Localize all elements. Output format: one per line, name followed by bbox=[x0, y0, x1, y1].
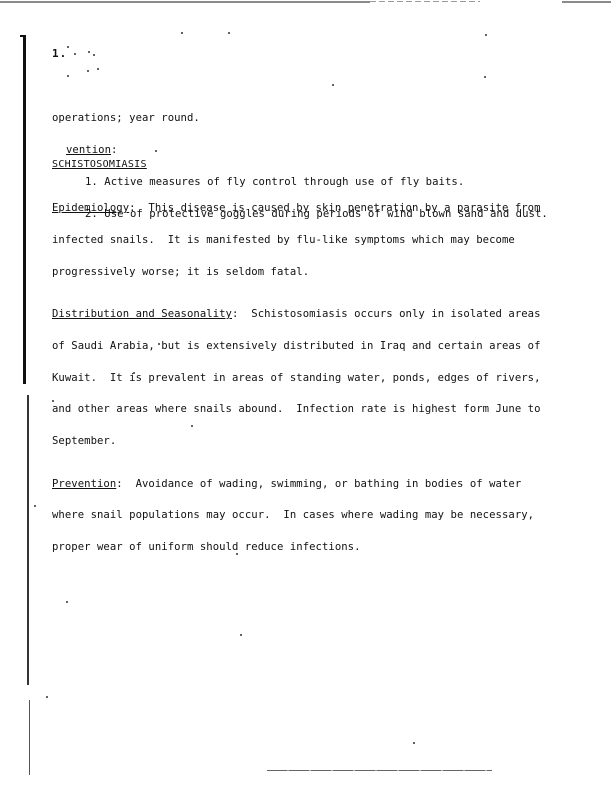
scan-speck bbox=[240, 634, 242, 636]
prevention-label: vention bbox=[66, 144, 111, 156]
distribution-text: Schistosomiasis occurs only in isolated … bbox=[238, 308, 540, 320]
prevention-heading: vention: bbox=[52, 145, 548, 156]
prevention-text: Avoidance of wading, swimming, or bathin… bbox=[123, 478, 522, 490]
scan-speck bbox=[413, 742, 415, 744]
scan-speck bbox=[67, 75, 69, 77]
distribution-text: September. bbox=[52, 436, 541, 447]
scan-speck bbox=[93, 54, 95, 56]
epidemiology-text: infected snails. It is manifested by flu… bbox=[52, 235, 541, 246]
tail-line: operations; year round. bbox=[52, 113, 548, 124]
scan-speck bbox=[88, 51, 90, 53]
colon: : bbox=[111, 144, 117, 156]
scan-speck bbox=[485, 34, 487, 36]
prevention-text: proper wear of uniform should reduce inf… bbox=[52, 542, 541, 553]
epidemiology-text: This disease is caused by skin penetrati… bbox=[136, 202, 541, 214]
epidemiology-label: Epidemiology bbox=[52, 202, 129, 214]
scan-speck bbox=[34, 505, 36, 507]
scan-top-rule bbox=[0, 1, 370, 3]
prevention-label: Prevention bbox=[52, 478, 116, 490]
scan-top-rule-right bbox=[562, 1, 611, 3]
distribution-label: Distribution and Seasonality bbox=[52, 308, 232, 320]
scan-top-rule-dashed bbox=[370, 1, 480, 2]
distribution-text: and other areas where snails abound. Inf… bbox=[52, 404, 541, 415]
margin-change-bar-bottom bbox=[29, 700, 30, 775]
margin-change-bar bbox=[23, 36, 26, 384]
scan-speck bbox=[228, 32, 230, 34]
section-heading: SCHISTOSOMIASIS bbox=[52, 160, 147, 171]
distribution-text: of Saudi Arabia, but is extensively dist… bbox=[52, 341, 541, 352]
scan-speck bbox=[87, 70, 89, 72]
scan-speck bbox=[74, 53, 76, 55]
prevention-line: Prevention: Avoidance of wading, swimmin… bbox=[52, 479, 541, 490]
scan-speck bbox=[97, 68, 99, 70]
scan-speck bbox=[484, 76, 486, 78]
scan-speck bbox=[66, 601, 68, 603]
epidemiology-text: progressively worse; it is seldom fatal. bbox=[52, 267, 541, 278]
prevention-text: where snail populations may occur. In ca… bbox=[52, 510, 541, 521]
page-number-fragment: 1. bbox=[52, 47, 67, 60]
scan-bottom-rule bbox=[267, 770, 492, 771]
scan-speck bbox=[67, 46, 69, 48]
margin-change-bar-lower bbox=[27, 395, 29, 685]
distribution-line: Distribution and Seasonality: Schistosom… bbox=[52, 309, 541, 320]
scan-speck bbox=[332, 84, 334, 86]
distribution-text: Kuwait. It is prevalent in areas of stan… bbox=[52, 373, 541, 384]
scan-speck bbox=[46, 696, 48, 698]
epidemiology-line: Epidemiology: This disease is caused by … bbox=[52, 203, 541, 214]
schistosomiasis-body: Epidemiology: This disease is caused by … bbox=[52, 182, 541, 563]
scan-speck bbox=[181, 32, 183, 34]
